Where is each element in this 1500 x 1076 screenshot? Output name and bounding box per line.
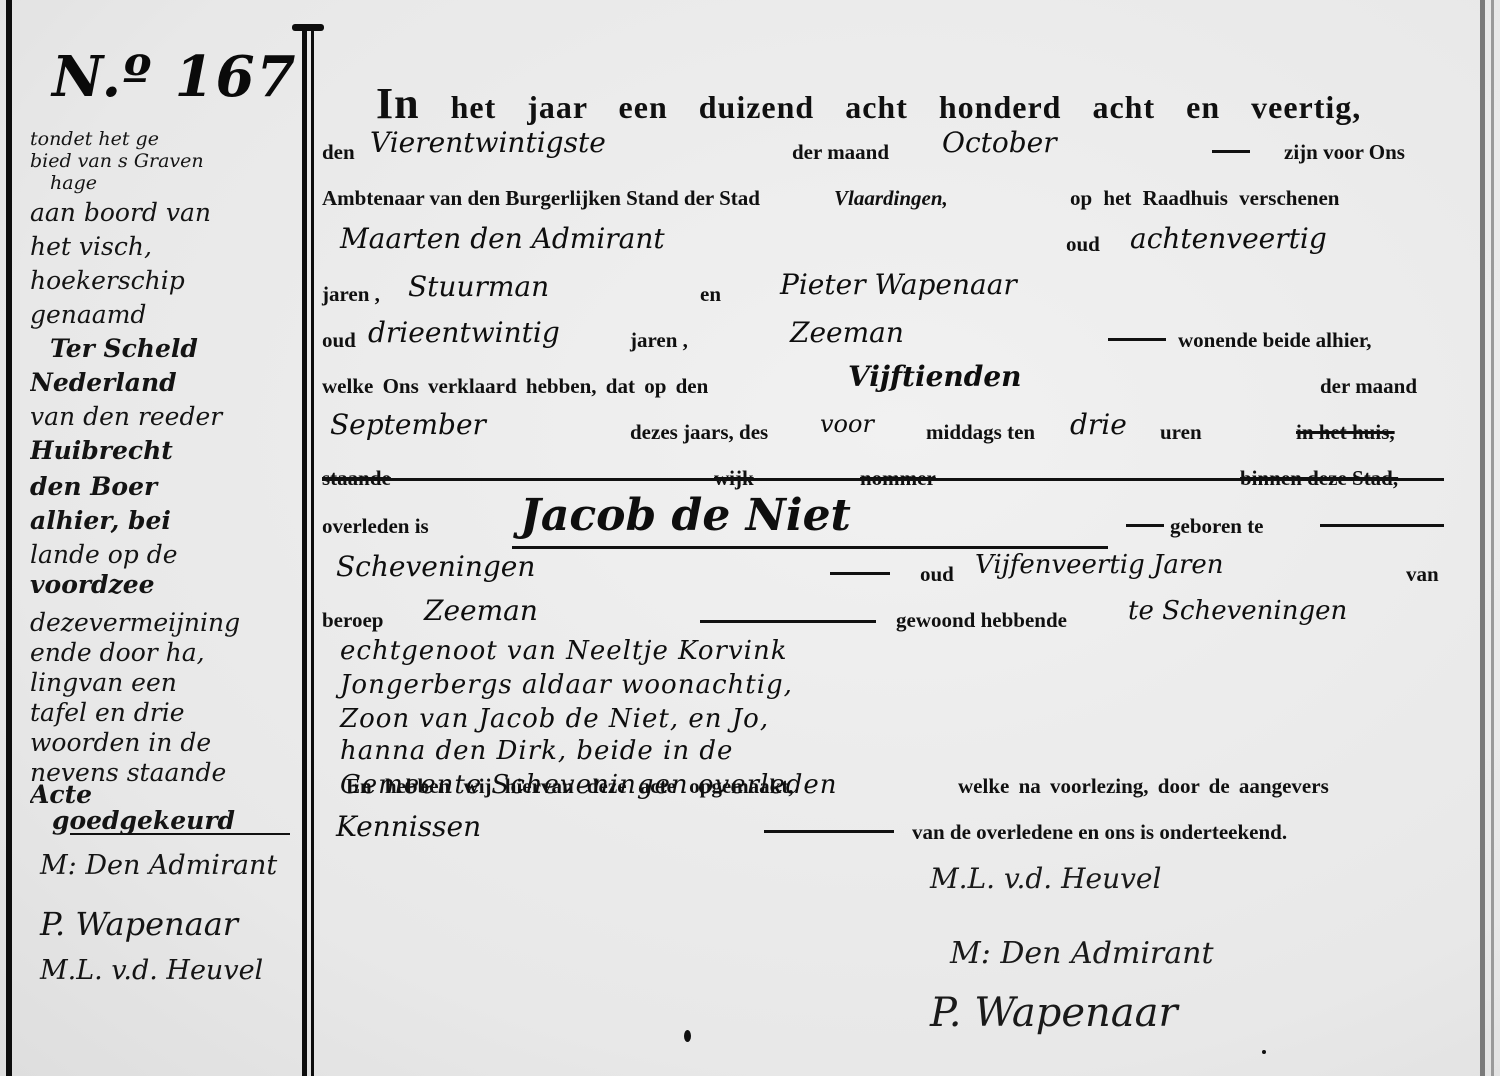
margin-signature-admirant: M: Den Admirant bbox=[40, 850, 277, 881]
handwritten-age2: drieentwintig bbox=[368, 316, 560, 349]
deceased-name-underline bbox=[512, 546, 1108, 549]
handwritten-day: Vierentwintigste bbox=[370, 126, 606, 159]
signature-admirant: M: Den Admirant bbox=[950, 936, 1214, 971]
margin-line: lande op de bbox=[30, 540, 295, 569]
ink-speck bbox=[684, 1030, 691, 1042]
margin-line: het visch, bbox=[30, 232, 295, 261]
handwritten-declarant2: Pieter Wapenaar bbox=[780, 268, 1017, 301]
margin-line: Nederland bbox=[30, 368, 295, 397]
margin-rule-cap bbox=[292, 24, 324, 31]
printed-den: den bbox=[322, 140, 355, 165]
margin-line: tafel en drie bbox=[30, 698, 295, 727]
printed-en: en bbox=[700, 282, 721, 307]
margin-line: dezevermeijning bbox=[30, 608, 295, 637]
margin-line: voordzee bbox=[30, 570, 295, 599]
handwritten-parents-line-1: Zoon van Jacob de Niet, en Jo, bbox=[340, 704, 769, 734]
printed-overleden-is: overleden is bbox=[322, 514, 429, 539]
headline-word: duizend bbox=[699, 89, 814, 125]
handwritten-hour: drie bbox=[1070, 408, 1127, 441]
headline-word: een bbox=[619, 89, 668, 125]
handwritten-voor: voor bbox=[820, 410, 874, 438]
headline-word: jaar bbox=[527, 89, 587, 125]
margin-signature-wapenaar: P. Wapenaar bbox=[40, 905, 238, 943]
dash bbox=[700, 620, 876, 623]
handwritten-spouse-line: echtgenoot van Neeltje Korvink bbox=[340, 636, 787, 666]
handwritten-occupation2: Zeeman bbox=[790, 316, 904, 349]
handwritten-occupation1: Stuurman bbox=[408, 270, 549, 303]
printed-geboren-te: geboren te bbox=[1170, 514, 1264, 539]
printed-jaren: jaren , bbox=[322, 282, 380, 307]
margin-line: ende door ha, bbox=[30, 638, 295, 667]
act-number: N.º 167 bbox=[52, 44, 298, 110]
dash bbox=[1212, 150, 1250, 153]
handwritten-deceased-name: Jacob de Niet bbox=[520, 490, 851, 541]
printed-city: Vlaardingen, bbox=[834, 186, 948, 211]
handwritten-age-deceased: Vijfenveertig Jaren bbox=[975, 550, 1224, 580]
printed-closing-1a: En hebben wij hiervan deze acte opgemaak… bbox=[346, 774, 794, 799]
printed-in-het-huis-struck: in het huis, bbox=[1296, 420, 1395, 445]
signature-wapenaar: P. Wapenaar bbox=[930, 990, 1178, 1036]
headline-word: en bbox=[1186, 89, 1220, 125]
printed-gewoond: gewoond hebbende bbox=[896, 608, 1067, 633]
margin-line: genaamd bbox=[30, 300, 295, 329]
dash bbox=[764, 830, 894, 833]
printed-dezes-jaars: dezes jaars, des bbox=[630, 420, 768, 445]
headline-word: veertig, bbox=[1251, 89, 1361, 125]
printed-der-maand: der maand bbox=[792, 140, 889, 165]
dash bbox=[1320, 524, 1444, 527]
printed-closing-1b: welke na voorlezing, door de aangevers bbox=[958, 774, 1329, 799]
printed-oud-3: oud bbox=[920, 562, 954, 587]
handwritten-month: October bbox=[942, 126, 1057, 159]
margin-line: hage bbox=[50, 172, 315, 194]
margin-line: tondet het ge bbox=[30, 128, 295, 150]
printed-der-maand-2: der maand bbox=[1320, 374, 1417, 399]
margin-line: van den reeder bbox=[30, 402, 295, 431]
margin-line: den Boer bbox=[30, 472, 295, 501]
handwritten-residence: te Scheveningen bbox=[1128, 596, 1347, 626]
dash bbox=[1108, 338, 1166, 341]
printed-oud: oud bbox=[1066, 232, 1100, 257]
printed-oud-2: oud bbox=[322, 328, 356, 353]
dash bbox=[830, 572, 890, 575]
left-border-rule bbox=[6, 0, 12, 1076]
printed-welke: welke Ons verklaard hebben, dat op den bbox=[322, 374, 708, 399]
printed-wonende: wonende beide alhier, bbox=[1178, 328, 1372, 353]
margin-line: aan boord van bbox=[30, 198, 295, 227]
handwritten-occupation-deceased: Zeeman bbox=[424, 594, 538, 627]
margin-line: bied van s Graven bbox=[30, 150, 295, 172]
margin-line: goedgekeurd bbox=[52, 806, 317, 835]
printed-van: van bbox=[1406, 562, 1439, 587]
margin-line: woorden in de bbox=[30, 728, 295, 757]
headline-word: acht bbox=[845, 89, 908, 125]
headline-word: acht bbox=[1092, 89, 1155, 125]
headline-word: In bbox=[376, 79, 420, 128]
printed-ambtenaar: Ambtenaar van den Burgerlijken Stand der… bbox=[322, 186, 760, 211]
printed-closing-2: van de overledene en ons is onderteekend… bbox=[912, 820, 1287, 845]
handwritten-relation: Kennissen bbox=[336, 810, 481, 843]
headline-word: het bbox=[451, 89, 497, 125]
signature-heuvel: M.L. v.d. Heuvel bbox=[930, 862, 1161, 895]
printed-raadhuis: op het Raadhuis verschenen bbox=[1070, 186, 1339, 211]
margin-line: Ter Scheld bbox=[50, 334, 315, 363]
printed-zijn-voor-ons: zijn voor Ons bbox=[1284, 140, 1405, 165]
headline: In het jaar een duizend acht honderd ach… bbox=[376, 78, 1361, 129]
handwritten-spouse-line-2: Jongerbergs aldaar woonachtig, bbox=[340, 670, 793, 700]
right-border-rule-inner bbox=[1491, 0, 1494, 1076]
headline-word: honderd bbox=[939, 89, 1062, 125]
strike-line bbox=[322, 478, 1444, 481]
margin-line: alhier, bei bbox=[30, 506, 295, 535]
handwritten-death-month: September bbox=[330, 408, 486, 441]
dash bbox=[1126, 524, 1164, 527]
handwritten-death-day: Vijftienden bbox=[848, 360, 1022, 393]
ink-speck bbox=[1262, 1050, 1266, 1054]
printed-middags: middags ten bbox=[926, 420, 1035, 445]
handwritten-birthplace: Scheveningen bbox=[336, 550, 535, 583]
margin-line: Acte bbox=[30, 780, 295, 809]
margin-signature-heuvel: M.L. v.d. Heuvel bbox=[40, 955, 263, 986]
scanned-document-page: N.º 167 tondet het ge bied van s Graven … bbox=[0, 0, 1500, 1076]
margin-line: Huibrecht bbox=[30, 436, 295, 465]
handwritten-age1: achtenveertig bbox=[1130, 222, 1327, 255]
margin-underline bbox=[70, 833, 290, 835]
margin-line: hoekerschip bbox=[30, 266, 295, 295]
printed-jaren-2: jaren , bbox=[630, 328, 688, 353]
printed-beroep: beroep bbox=[322, 608, 383, 633]
handwritten-parents-line-2: hanna den Dirk, beide in de bbox=[340, 736, 733, 766]
handwritten-declarant1: Maarten den Admirant bbox=[340, 222, 665, 255]
printed-uren: uren bbox=[1160, 420, 1202, 445]
margin-line: lingvan een bbox=[30, 668, 295, 697]
right-border-rule bbox=[1480, 0, 1485, 1076]
